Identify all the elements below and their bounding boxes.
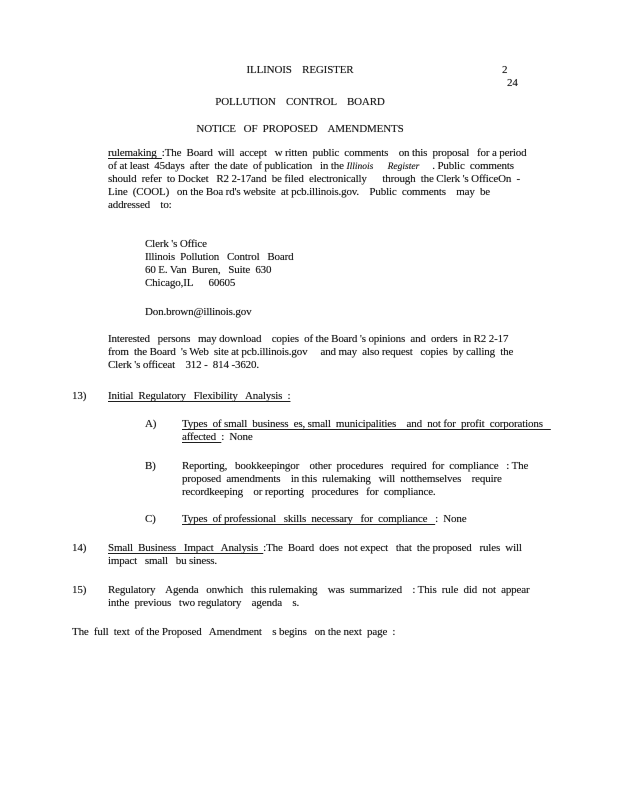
email-address: Don.brown@illinois.gov [145, 306, 251, 319]
text-line: inthe previous two regulatory agenda s. [108, 597, 530, 610]
address-line: Illinois Pollution Control Board [145, 251, 293, 264]
page-number-secondary: 24 [507, 77, 518, 90]
text-segment: :The Board does not expect that the prop… [263, 542, 522, 554]
text-line: recordkeeping or reporting procedures fo… [182, 486, 528, 499]
page-number: 2 [502, 64, 507, 77]
item-15-body: Regulatory Agenda onwhich this rulemakin… [108, 584, 530, 610]
text-line: affected : None [182, 431, 551, 444]
text-line: Line (COOL) on the Boa rd's website at p… [108, 186, 527, 199]
address-line: Chicago,IL 60605 [145, 277, 293, 290]
download-paragraph: Interested persons may download copies o… [108, 333, 513, 372]
text-line: impact small bu siness. [108, 555, 522, 568]
address-line: 60 E. Van Buren, Suite 630 [145, 264, 293, 277]
item-13-heading: Initial Regulatory Flexibility Analysis … [108, 390, 290, 403]
text-line: Regulatory Agenda onwhich this rulemakin… [108, 584, 530, 597]
item-14-number: 14) [72, 542, 86, 555]
item-13c-body: Types of professional skills necessary f… [182, 513, 466, 526]
text-line: addressed to: [108, 199, 527, 212]
text-segment: : None [435, 513, 466, 525]
address-line: Clerk 's Office [145, 238, 293, 251]
text-segment: . Public comments [419, 160, 514, 172]
rulemaking-underlined-label: rulemaking [108, 147, 162, 159]
item-15-number: 15) [72, 584, 86, 597]
affected-underlined-label: affected [182, 431, 221, 443]
item-13b-body: Reporting, bookkeepingor other procedure… [182, 460, 528, 499]
text-segment: of at least 45days after the date of pub… [108, 160, 346, 172]
item-14-body: Small Business Impact Analysis :The Boar… [108, 542, 522, 568]
small-business-underlined-heading: Small Business Impact Analysis [108, 542, 263, 554]
notice-heading: NOTICE OF PROPOSED AMENDMENTS [0, 123, 600, 136]
text-line: Small Business Impact Analysis :The Boar… [108, 542, 522, 555]
mailing-address-block: Clerk 's Office Illinois Pollution Contr… [145, 238, 293, 290]
text-line: proposed amendments in this rulemaking w… [182, 473, 528, 486]
text-line: of at least 45days after the date of pub… [108, 160, 527, 173]
header-title: ILLINOIS REGISTER [0, 64, 600, 77]
text-line: Clerk 's officeat 312 - 814 -3620. [108, 359, 513, 372]
text-line: from the Board 's Web site at pcb.illino… [108, 346, 513, 359]
item-13c-label: C) [145, 513, 156, 526]
text-line: Types of small business es, small munici… [182, 418, 551, 431]
closing-line: The full text of the Proposed Amendment … [72, 626, 395, 639]
document-page: ILLINOIS REGISTER 2 24 POLLUTION CONTROL… [0, 0, 618, 800]
skills-underlined-label: Types of professional skills necessary f… [182, 513, 435, 525]
text-line: should refer to Docket R2 2-17and be fil… [108, 173, 527, 186]
text-segment: :The Board will accept w ritten public c… [162, 147, 527, 159]
board-name: POLLUTION CONTROL BOARD [0, 96, 600, 109]
rulemaking-paragraph: rulemaking :The Board will accept w ritt… [108, 147, 527, 212]
text-segment: : None [221, 431, 252, 443]
text-line: Interested persons may download copies o… [108, 333, 513, 346]
text-line: Reporting, bookkeepingor other procedure… [182, 460, 528, 473]
item-13a-body: Types of small business es, small munici… [182, 418, 551, 444]
item-13a-label: A) [145, 418, 156, 431]
text-line: rulemaking :The Board will accept w ritt… [108, 147, 527, 160]
item-13-number: 13) [72, 390, 86, 403]
illinois-register-italic: Illinois Register [346, 162, 419, 172]
item-13b-label: B) [145, 460, 156, 473]
